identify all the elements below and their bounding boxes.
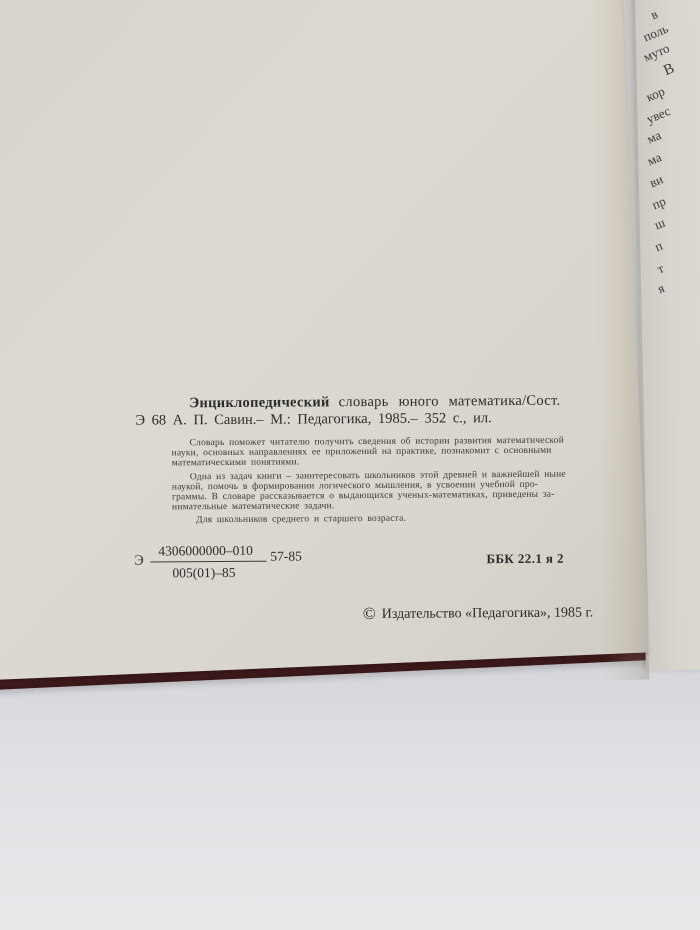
imprint-block: Энциклопедическийсловарь юного математик… — [0, 0, 700, 703]
classification-letter: Э — [134, 554, 143, 570]
copyright-line: ©Издательство «Педагогика», 1985 г. — [363, 602, 594, 624]
classification-code: 57-85 — [270, 548, 302, 564]
annotation-line: нимательные математические задачи. — [172, 501, 335, 512]
bbk-code: ББК 22.1 я 2 — [486, 551, 564, 568]
classification-numerator: 4306000000–010 — [158, 543, 253, 560]
annotation-line: науки, основных направлениях ее приложен… — [172, 446, 552, 459]
annotation-line: граммы. В словаре рассказывается о выдаю… — [172, 490, 555, 503]
book-title-line: Энциклопедическийсловарь юного математик… — [189, 393, 560, 413]
classification-denominator: 005(01)–85 — [172, 565, 235, 581]
book-title-rest: словарь юного математика/Сост. — [339, 393, 561, 411]
fraction-bar — [150, 561, 266, 563]
index-code: Э 68 — [135, 412, 166, 428]
author-line: Э 68 А. П. Савин.– М.: Педагогика, 1985.… — [135, 410, 491, 429]
annotation-line: математическими понятиями. — [172, 457, 300, 468]
copyright-text: Издательство «Педагогика», 1985 г. — [382, 605, 594, 621]
audience-line: Для школьников среднего и старшего возра… — [196, 514, 406, 525]
author-publisher: А. П. Савин.– М.: Педагогика, 1985.– 352… — [173, 410, 492, 428]
photo-scene: в поль муто В кор увес ма ма ви пр ш п т… — [0, 0, 700, 930]
copyright-icon: © — [363, 604, 376, 623]
book-title-bold: Энциклопедический — [189, 394, 329, 411]
